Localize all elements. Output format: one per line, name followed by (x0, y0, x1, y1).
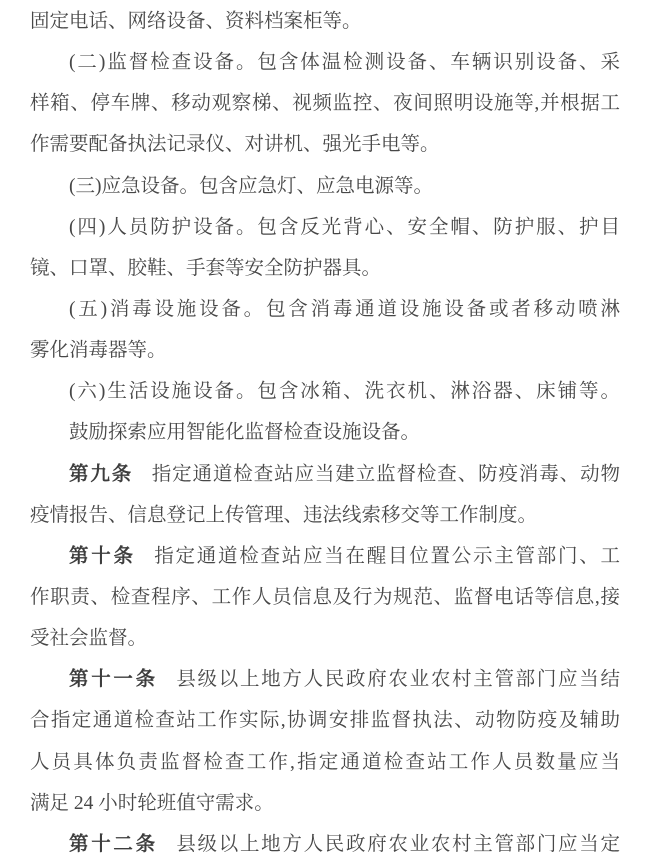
line-text: 镜、口罩、胶鞋、手套等安全防护器具。 (30, 258, 381, 279)
line-text: 固定电话、网络设备、资料档案柜等。 (30, 11, 362, 32)
line-text: 雾化消毒器等。 (30, 340, 167, 361)
document-page: 固定电话、网络设备、资料档案柜等。 (二)监督检查设备。包含体温检测设备、车辆识… (0, 0, 648, 866)
line-text: 指定通道检查站应当建立监督检查、防疫消毒、动物 (152, 464, 620, 485)
text-line: 雾化消毒器等。 (30, 330, 620, 371)
text-line: 镜、口罩、胶鞋、手套等安全防护器具。 (30, 248, 620, 289)
text-line: 合指定通道检查站工作实际,协调安排监督执法、动物防疫及辅助 (30, 700, 620, 741)
article-number: 第十一条 (69, 668, 158, 690)
text-line: 第十条指定通道检查站应当在醒目位置公示主管部门、工 (30, 536, 620, 577)
line-text: 鼓励探索应用智能化监督检查设施设备。 (69, 422, 420, 443)
line-text: 疫情报告、信息登记上传管理、违法线索移交等工作制度。 (30, 505, 537, 526)
article-number: 第十二条 (69, 833, 158, 855)
text-line: (四)人员防护设备。包含反光背心、安全帽、防护服、护目 (30, 207, 620, 248)
line-text: 满足 24 小时轮班值守需求。 (30, 793, 274, 814)
text-line: 固定电话、网络设备、资料档案柜等。 (30, 1, 620, 42)
text-line: (三)应急设备。包含应急灯、应急电源等。 (30, 166, 620, 207)
line-text: 合指定通道检查站工作实际,协调安排监督执法、动物防疫及辅助 (30, 710, 620, 731)
line-text: 县级以上地方人民政府农业农村主管部门应当定 (176, 834, 620, 855)
line-text: (六)生活设施设备。包含冰箱、洗衣机、淋浴器、床铺等。 (69, 381, 620, 402)
line-text: 指定通道检查站应当在醒目位置公示主管部门、工 (154, 546, 620, 567)
text-line: 作职责、检查程序、工作人员信息及行为规范、监督电话等信息,接 (30, 577, 620, 618)
line-text: (二)监督检查设备。包含体温检测设备、车辆识别设备、采 (69, 52, 620, 73)
line-text: (五)消毒设施设备。包含消毒通道设施设备或者移动喷淋 (69, 299, 620, 320)
line-text: 受社会监督。 (30, 628, 147, 649)
text-line: 第十二条县级以上地方人民政府农业农村主管部门应当定 (30, 824, 620, 865)
article-number: 第九条 (69, 463, 133, 485)
text-line: 满足 24 小时轮班值守需求。 (30, 783, 620, 824)
text-line: (五)消毒设施设备。包含消毒通道设施设备或者移动喷淋 (30, 289, 620, 330)
text-line: 第十一条县级以上地方人民政府农业农村主管部门应当结 (30, 659, 620, 700)
text-line: (六)生活设施设备。包含冰箱、洗衣机、淋浴器、床铺等。 (30, 371, 620, 412)
text-line: 受社会监督。 (30, 618, 620, 659)
text-line: (二)监督检查设备。包含体温检测设备、车辆识别设备、采 (30, 42, 620, 83)
line-text: 作职责、检查程序、工作人员信息及行为规范、监督电话等信息,接 (30, 587, 620, 608)
text-line: 第九条指定通道检查站应当建立监督检查、防疫消毒、动物 (30, 454, 620, 495)
text-line: 人员具体负责监督检查工作,指定通道检查站工作人员数量应当 (30, 742, 620, 783)
line-text: 县级以上地方人民政府农业农村主管部门应当结 (176, 669, 620, 690)
line-text: (三)应急设备。包含应急灯、应急电源等。 (69, 176, 433, 197)
line-text: 作需要配备执法记录仪、对讲机、强光手电等。 (30, 134, 440, 155)
line-text: (四)人员防护设备。包含反光背心、安全帽、防护服、护目 (69, 217, 620, 238)
text-line: 鼓励探索应用智能化监督检查设施设备。 (30, 412, 620, 453)
text-line: 疫情报告、信息登记上传管理、违法线索移交等工作制度。 (30, 495, 620, 536)
text-line: 作需要配备执法记录仪、对讲机、强光手电等。 (30, 124, 620, 165)
line-text: 样箱、停车牌、移动观察梯、视频监控、夜间照明设施等,并根据工 (30, 93, 620, 114)
article-number: 第十条 (69, 545, 136, 567)
text-line: 样箱、停车牌、移动观察梯、视频监控、夜间照明设施等,并根据工 (30, 83, 620, 124)
line-text: 人员具体负责监督检查工作,指定通道检查站工作人员数量应当 (30, 752, 620, 773)
